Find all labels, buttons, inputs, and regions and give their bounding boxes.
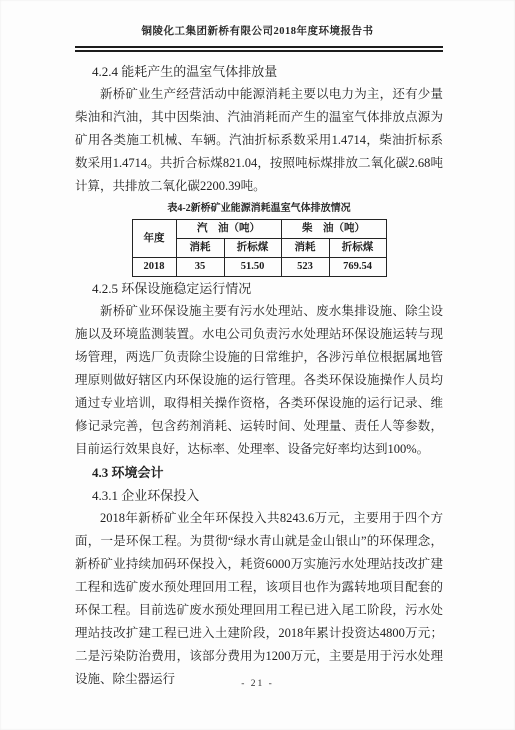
section-heading-4-2-5: 4.2.5 环保设施稳定运行情况 <box>75 277 443 300</box>
ghg-emission-table: 年度 汽 油（吨） 柴 油（吨） 消耗 折标煤 消耗 折标煤 2018 35 5… <box>132 219 387 277</box>
paragraph-facility-operation: 新桥矿业环保设施主要有污水处理站、废水集排设施、除尘设施以及环境监测装置。水电公… <box>75 300 443 461</box>
subheader-cell: 折标煤 <box>329 239 386 258</box>
data-cell-year: 2018 <box>132 258 176 277</box>
page-number: - 21 - <box>0 679 515 689</box>
table-caption: 表4-2新桥矿业能源消耗温室气体排放情况 <box>75 202 443 216</box>
subheader-cell: 消耗 <box>281 239 329 258</box>
data-cell-diesel-consumption: 523 <box>281 258 329 277</box>
section-heading-4-3-1: 4.3.1 企业环保投入 <box>75 484 443 507</box>
year-header-cell: 年度 <box>132 220 176 258</box>
section-heading-4-3: 4.3 环境会计 <box>75 461 443 484</box>
paragraph-environmental-investment: 2018年新桥矿业全年环保投入共8243.6万元，主要用于四个方面，一是环保工程… <box>75 507 443 691</box>
subheader-cell: 消耗 <box>176 239 224 258</box>
data-cell-diesel-coal-equiv: 769.54 <box>329 258 386 277</box>
report-page: 铜陵化工集团新桥有限公司2018年度环境报告书 4.2.4 能耗产生的温室气体排… <box>0 0 515 730</box>
table-header-row-groups: 年度 汽 油（吨） 柴 油（吨） <box>132 220 386 239</box>
paragraph-ghg-emissions: 新桥矿业生产经营活动中能源消耗主要以电力为主，还有少量柴油和汽油，其中因柴油、汽… <box>75 83 443 198</box>
data-cell-gas-consumption: 35 <box>176 258 224 277</box>
subheader-cell: 折标煤 <box>224 239 281 258</box>
page-header-title: 铜陵化工集团新桥有限公司2018年度环境报告书 <box>0 0 515 38</box>
gasoline-group-cell: 汽 油（吨） <box>176 220 281 239</box>
section-heading-4-2-4: 4.2.4 能耗产生的温室气体排放量 <box>75 60 443 83</box>
data-cell-gas-coal-equiv: 51.50 <box>224 258 281 277</box>
table-data-row: 2018 35 51.50 523 769.54 <box>132 258 386 277</box>
page-content: 4.2.4 能耗产生的温室气体排放量 新桥矿业生产经营活动中能源消耗主要以电力为… <box>0 52 515 691</box>
diesel-group-cell: 柴 油（吨） <box>281 220 386 239</box>
